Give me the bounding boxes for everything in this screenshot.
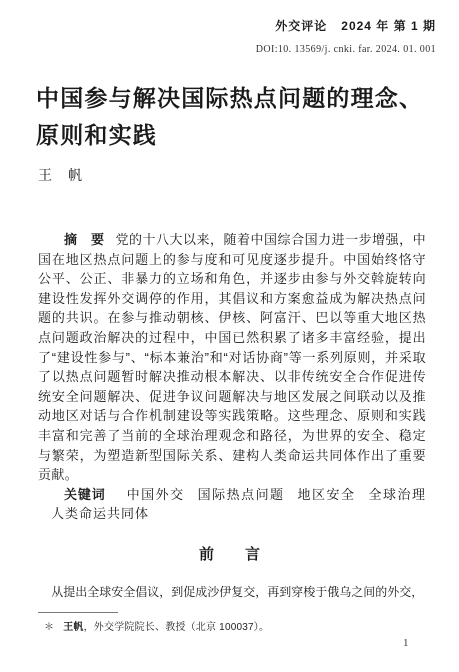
article-title: 中国参与解决国际热点问题的理念、原则和实践 xyxy=(36,80,430,154)
abstract-block: 摘 要党的十八大以来，随着中国综合国力进一步增强，中国在地区热点问题上的参与度和… xyxy=(38,230,426,524)
abstract-label: 摘 要 xyxy=(64,232,105,247)
author-footnote: ＊王帆，外交学院院长、教授（北京 100037）。 xyxy=(44,618,424,633)
footnote-author-name: 王帆 xyxy=(63,622,83,633)
abstract-paragraph: 摘 要党的十八大以来，随着中国综合国力进一步增强，中国在地区热点问题上的参与度和… xyxy=(38,230,426,485)
abstract-text: 党的十八大以来，随着中国综合国力进一步增强，中国在地区热点问题上的参与度和可见度… xyxy=(38,232,426,482)
journal-issue: 2024 年 第 1 期 xyxy=(341,19,436,33)
footnote-text: ，外交学院院长、教授（北京 100037）。 xyxy=(84,622,270,633)
footnote-divider xyxy=(38,612,118,613)
keyword: 国际热点问题 xyxy=(198,487,285,502)
section-heading-foreword: 前 言 xyxy=(0,543,459,564)
keyword: 全球治理 xyxy=(369,487,426,502)
keyword: 地区安全 xyxy=(298,487,356,502)
keyword: 人类命运共同体 xyxy=(51,506,149,521)
page-number: 1 xyxy=(403,637,409,649)
keywords-label: 关键词 xyxy=(64,487,106,502)
footnote-marker: ＊ xyxy=(44,622,54,633)
doi-line: DOI:10. 13569/j. cnki. far. 2024. 01. 00… xyxy=(256,44,436,55)
journal-header: 外交评论2024 年 第 1 期 xyxy=(275,17,436,34)
article-author: 王 帆 xyxy=(38,165,83,185)
body-first-paragraph: 从提出全球安全倡议，到促成沙伊复交，再到穿梭于俄乌之间的外交， xyxy=(38,583,430,602)
keyword: 中国外交 xyxy=(127,487,185,502)
journal-name: 外交评论 xyxy=(275,19,327,33)
keywords-paragraph: 关键词中国外交国际热点问题地区安全全球治理人类命运共同体 xyxy=(38,485,426,524)
journal-article-page: 外交评论2024 年 第 1 期 DOI:10. 13569/j. cnki. … xyxy=(0,0,459,672)
